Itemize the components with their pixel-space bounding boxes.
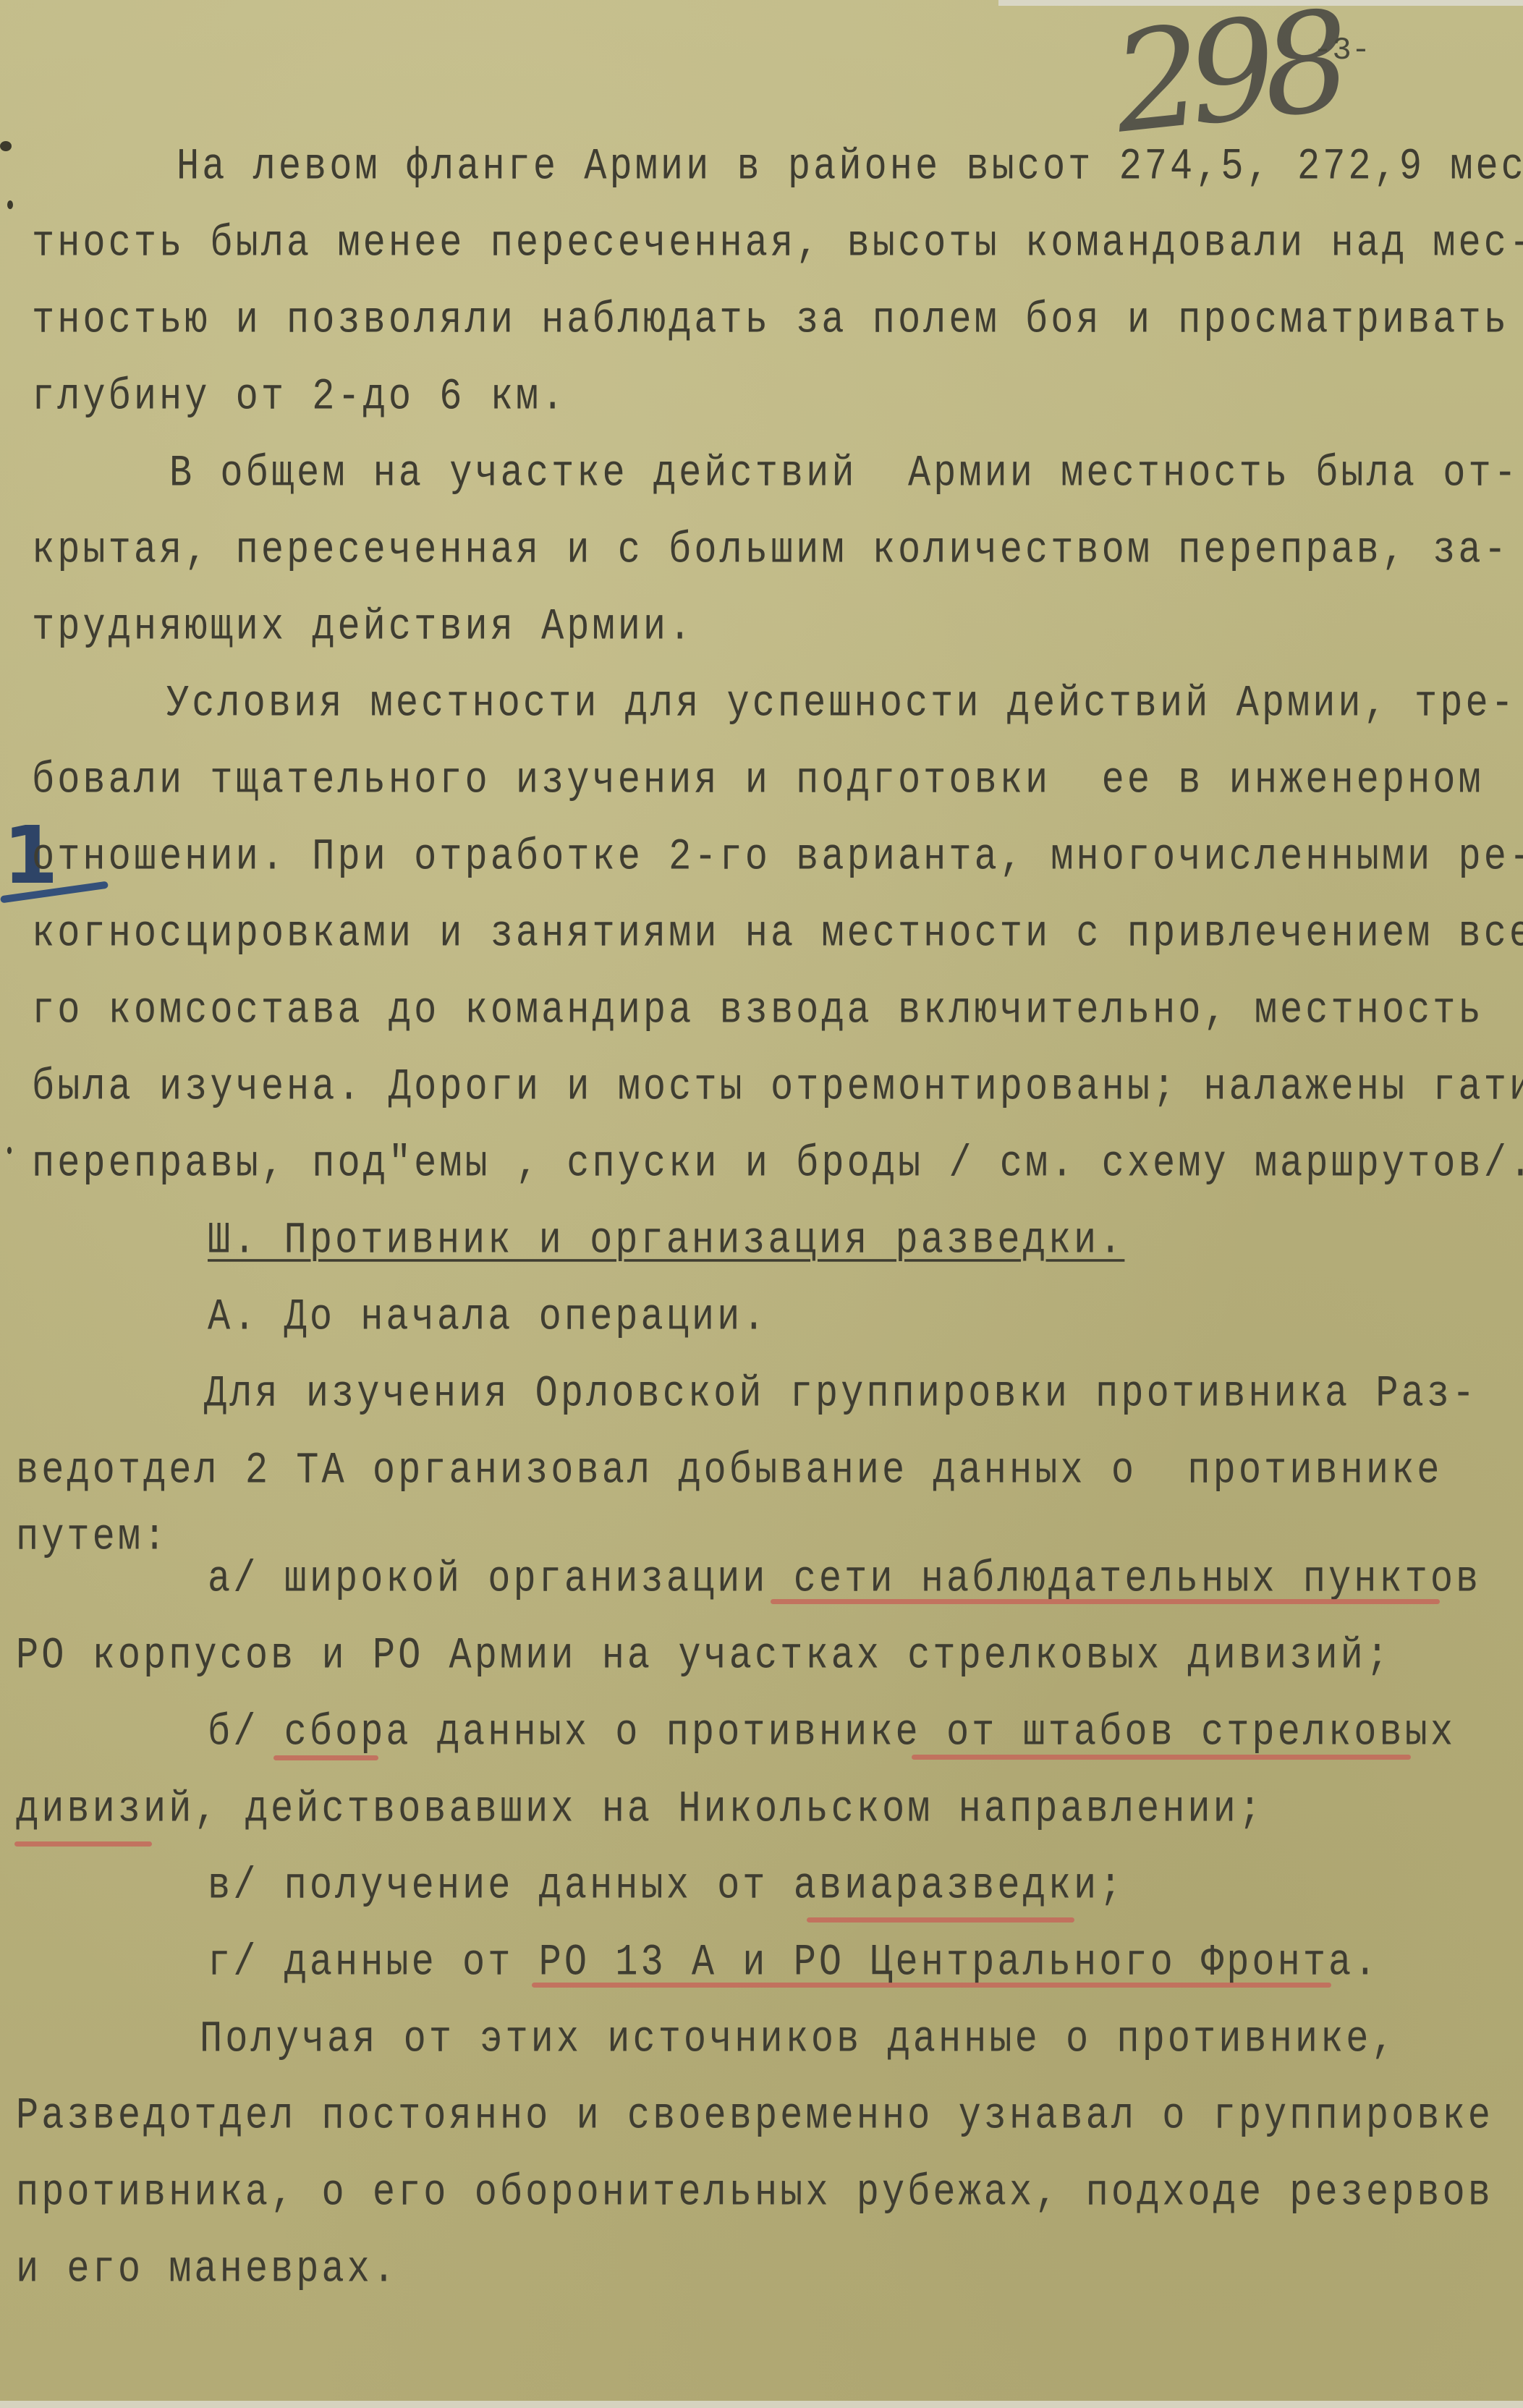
list-item-g: г/ данные от РО 13 А и РО Центрального Ф…: [208, 1938, 1379, 1989]
document-page: 298 -3- 1 На левом фланге Армии в районе…: [0, 0, 1523, 2408]
text-line: В общем на участке действий Армии местно…: [169, 449, 1519, 500]
margin-speck: [7, 1147, 12, 1154]
red-underline: [771, 1599, 1440, 1604]
margin-speck: [7, 200, 13, 209]
text-line: была изучена. Дороги и мосты отремонтиро…: [32, 1062, 1523, 1114]
text-line: крытая, пересеченная и с большим количес…: [32, 525, 1509, 577]
text-line: и его маневрах.: [16, 2244, 398, 2296]
text-line: Разведотдел постоянно и своевременно узн…: [16, 2091, 1493, 2142]
list-item-v: в/ получение данных от авиаразведки;: [208, 1861, 1124, 1912]
red-underline: [532, 1983, 1331, 1988]
text-line: противника, о его оборонительных рубежах…: [16, 2168, 1493, 2219]
margin-speck: [0, 141, 12, 151]
text-line: На левом фланге Армии в районе высот 274…: [177, 142, 1523, 193]
list-item-b: б/ сбора данных о противнике от штабов с…: [208, 1708, 1456, 1759]
red-underline: [14, 1841, 152, 1847]
text-line: РО корпусов и РО Армии на участках стрел…: [16, 1631, 1391, 1682]
text-line: отношении. При отработке 2-го варианта, …: [32, 832, 1523, 883]
text-line: ведотдел 2 ТА организовал добывание данн…: [16, 1446, 1442, 1497]
typed-page-number: -3-: [1313, 33, 1370, 69]
text-line: тность была менее пересеченная, высоты к…: [32, 219, 1523, 270]
red-underline: [807, 1917, 1074, 1922]
section-heading: Ш. Противник и организация разведки.: [208, 1216, 1124, 1267]
text-line: глубину от 2-до 6 км.: [32, 372, 567, 423]
text-line: Для изучения Орловской группировки проти…: [204, 1369, 1477, 1420]
text-line: когносцировками и занятиями на местности…: [32, 909, 1523, 960]
text-line: бовали тщательного изучения и подготовки…: [32, 755, 1484, 807]
handwritten-page-number: 298: [1106, 0, 1345, 164]
text-line: го комсостава до командира взвода включи…: [32, 985, 1484, 1037]
text-line: переправы, под"емы , спуски и броды / см…: [32, 1139, 1523, 1190]
red-underline: [912, 1755, 1411, 1760]
paper-bottom-edge: [0, 2401, 1523, 2408]
text-line: Получая от этих источников данные о прот…: [200, 2014, 1397, 2066]
text-line: Условия местности для успешности действи…: [166, 679, 1516, 730]
text-line: дивизий, действовавших на Никольском нап…: [16, 1784, 1264, 1836]
text-line: тностью и позволяли наблюдать за полем б…: [32, 295, 1509, 347]
subsection-heading: А. До начала операции.: [208, 1292, 768, 1344]
text-line: трудняющих действия Армии.: [32, 602, 694, 653]
list-item-a: а/ широкой организации сети наблюдательн…: [208, 1554, 1481, 1606]
text-line: путем:: [16, 1512, 169, 1564]
red-underline: [273, 1755, 378, 1760]
